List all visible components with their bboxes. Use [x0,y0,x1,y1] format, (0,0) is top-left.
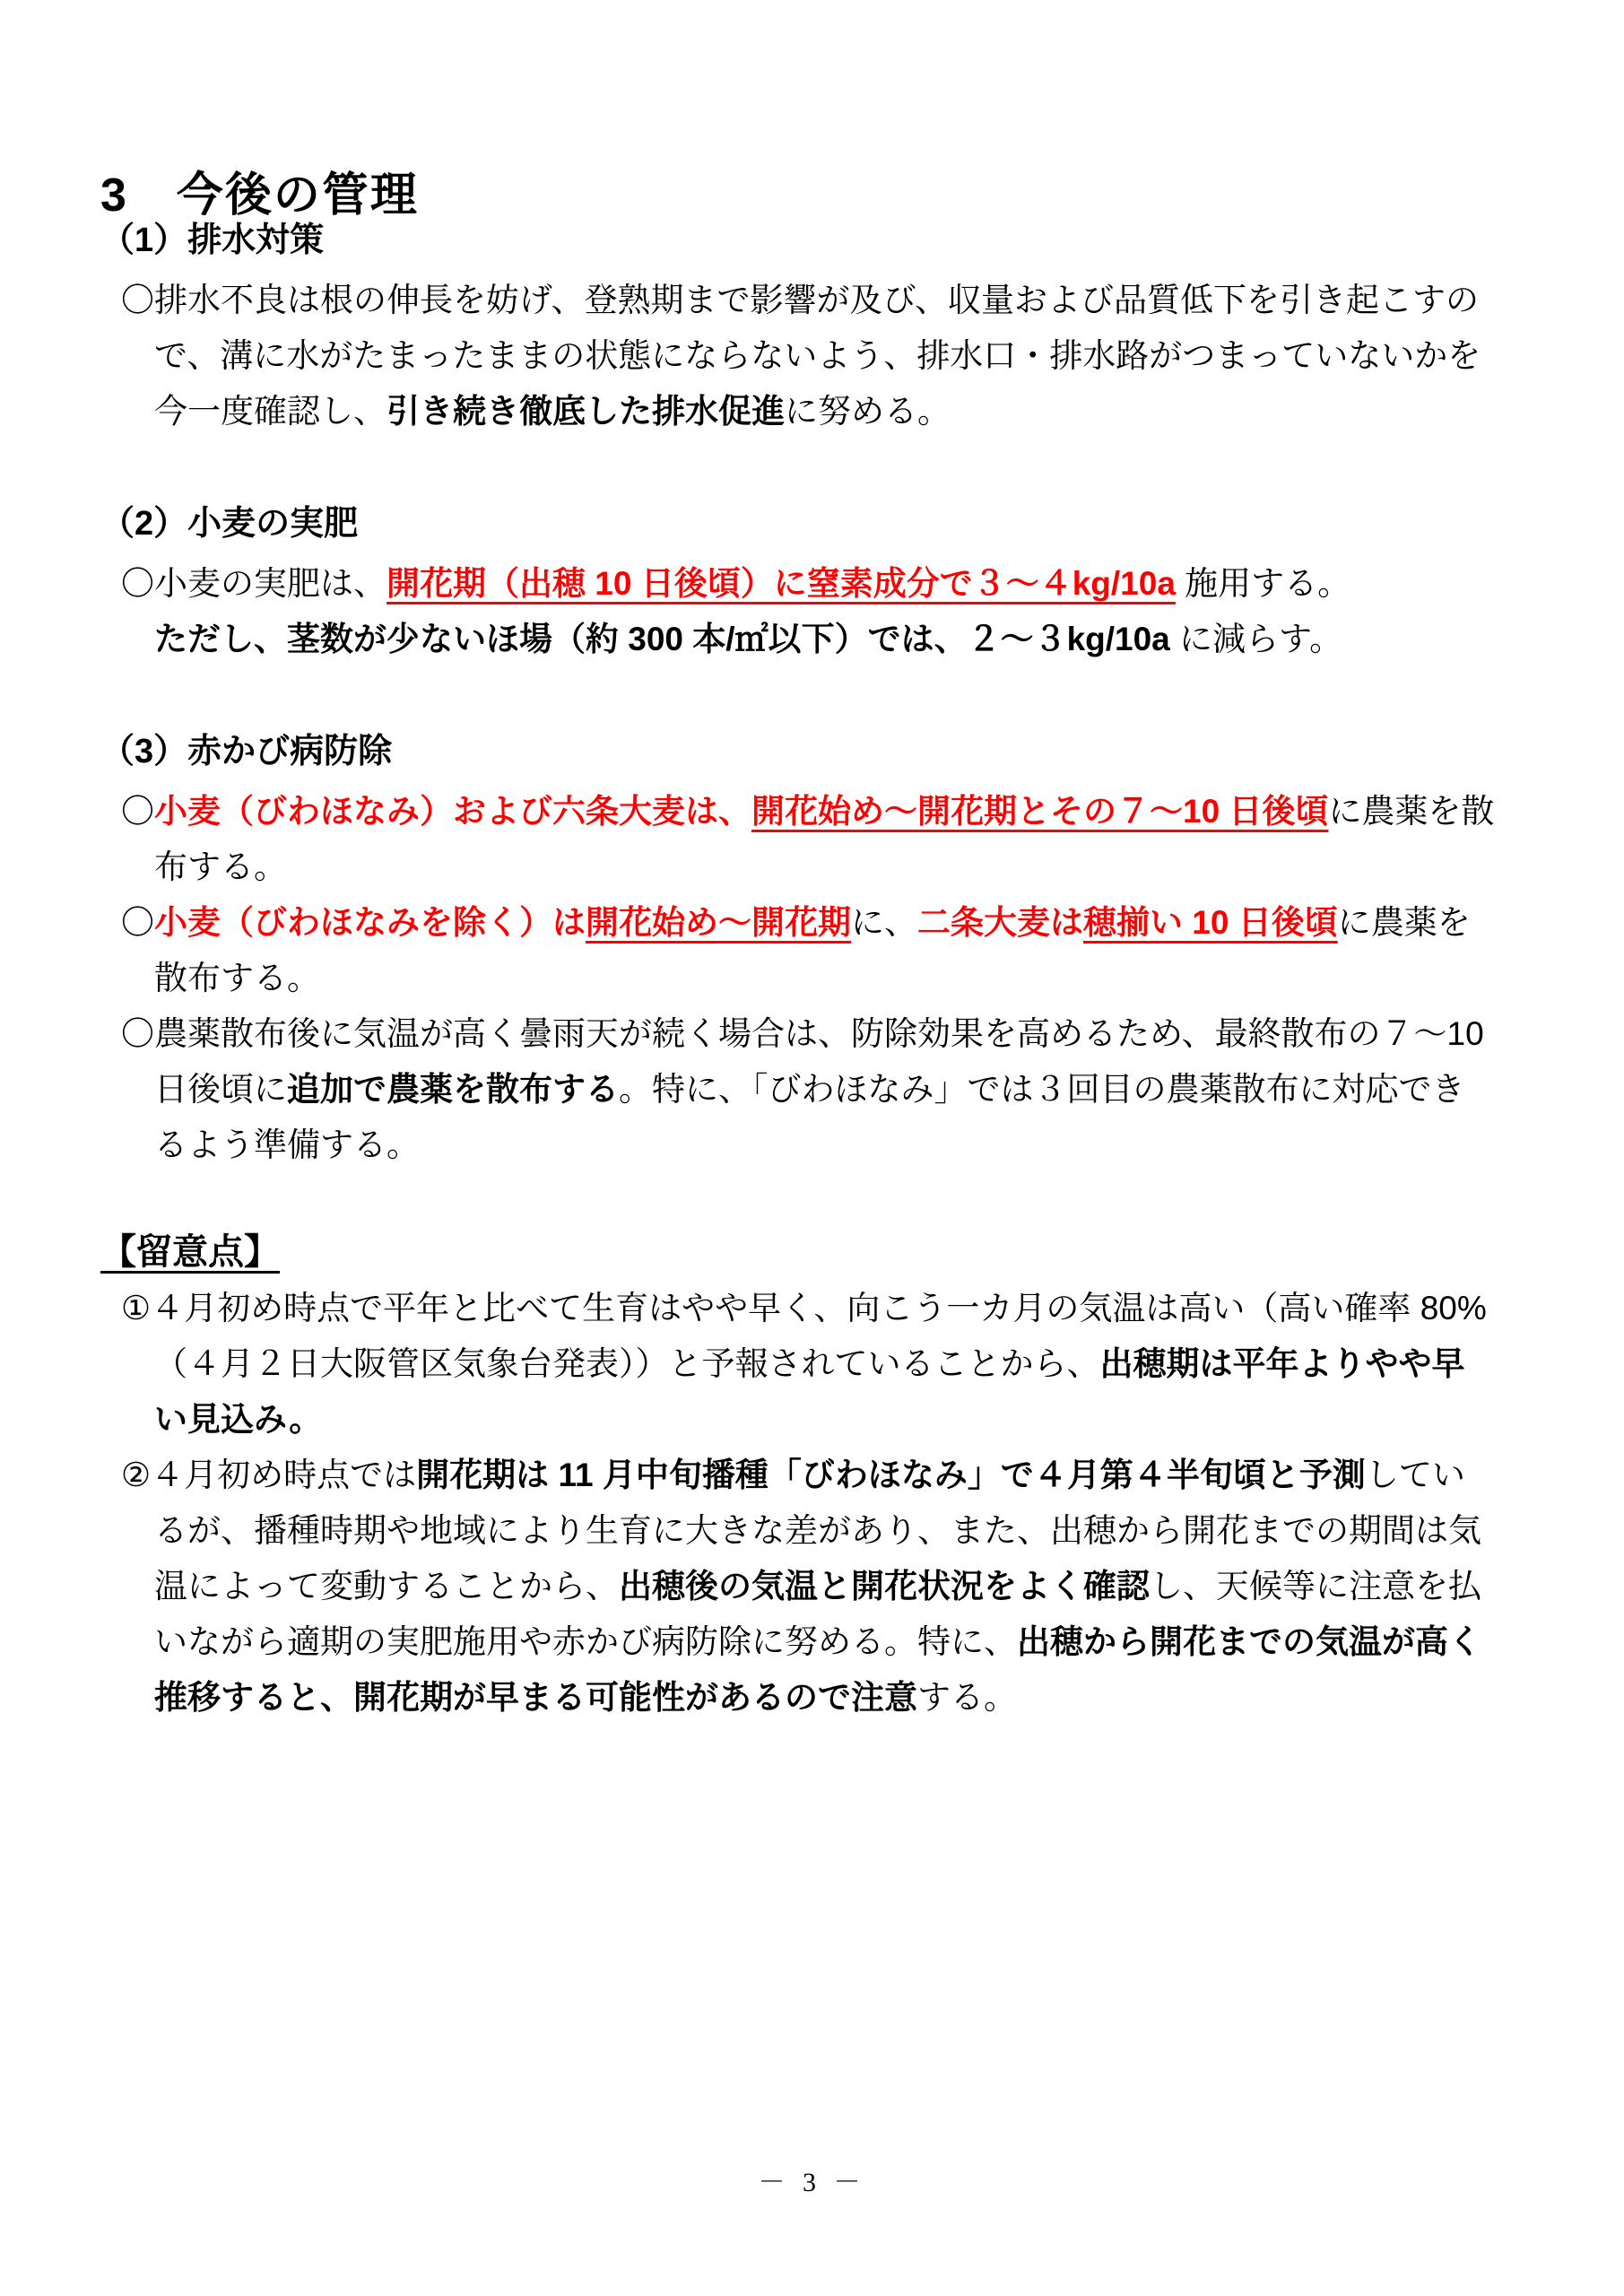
document-body: （1）排水対策〇排水不良は根の伸長を妨げ、登熟期まで影響が及び、収量および品質低… [99,221,1543,1726]
text-span: 出穂後の気温と開花状況をよく確認 [619,1568,1150,1605]
text-line: 推移すると、開花期が早まる可能性があるので注意する。 [154,1670,1543,1726]
document-page: 3 今後の管理 （1）排水対策〇排水不良は根の伸長を妨げ、登熟期まで影響が及び、… [0,0,1624,2296]
paragraph: ①４月初め時点で平年と比べて生育はやや早く、向こう一カ月の気温は高い（高い確率 … [99,1281,1543,1448]
text-line: で、溝に水がたまったままの状態にならないよう、排水口・排水路がつまっていないかを [154,328,1543,384]
text-span: 日後頃に [154,1071,287,1108]
text-span: いながら適期の実肥施用や赤かび病防除に努める。特に、 [154,1623,1017,1660]
text-span: 施用する。 [1176,565,1350,602]
text-line: 〇小麦（びわほなみ）および六条大麦は、開花始め～開花期とその７～10 日後頃に農… [121,784,1543,839]
text-line: ②４月初め時点では開花期は 11 月中旬播種「びわほなみ」で４月第４半旬頃と予測… [121,1448,1543,1503]
text-span: に減らす。 [1170,621,1342,657]
text-span: 小麦（びわほなみ）および六条大麦は、 [154,793,751,830]
text-span: 〇 [121,793,154,830]
text-span: 〇農薬散布後に気温が高く曇雨天が続く場合は、防除効果を高めるため、最終散布の７～… [121,1015,1484,1052]
text-span: に努める。 [785,393,951,430]
section-heading: （3）赤かび病防除 [100,732,1543,771]
text-line: ①４月初め時点で平年と比べて生育はやや早く、向こう一カ月の気温は高い（高い確率 … [121,1281,1543,1336]
text-line: （４月２日大阪管区気象台発表））と予報されていることから、出穂期は平年よりやや早 [154,1336,1543,1392]
text-span: 。特に、「びわほなみ」では３回目の農薬散布に対応でき [619,1071,1465,1108]
text-line: 〇小麦の実肥は、開花期（出穂 10 日後頃）に窒素成分で３～４kg/10a 施用… [121,556,1543,612]
text-span: い見込み。 [154,1401,322,1438]
text-span: 出穂から開花までの気温が高く [1017,1623,1481,1660]
text-span: 〇排水不良は根の伸長を妨げ、登熟期まで影響が及び、収量および品質低下を引き起こす… [121,282,1479,318]
text-span: 布する。 [154,848,287,885]
text-line: 〇小麦（びわほなみを除く）は開花始め～開花期に、二条大麦は穂揃い 10 日後頃に… [121,895,1543,951]
text-span: 推移すると、開花期が早まる可能性があるので注意 [154,1679,917,1716]
text-line: 〇排水不良は根の伸長を妨げ、登熟期まで影響が及び、収量および品質低下を引き起こす… [121,273,1543,328]
text-span: に、 [851,904,917,941]
text-span: し、天候等に注意を払 [1150,1568,1481,1605]
text-span: に農薬を [1338,904,1471,941]
text-line: るよう準備する。 [154,1118,1543,1173]
paragraph: 〇小麦（びわほなみ）および六条大麦は、開花始め～開花期とその７～10 日後頃に農… [99,784,1543,895]
text-line: 今一度確認し、引き続き徹底した排水促進に努める。 [154,384,1543,439]
text-span: 温によって変動することから、 [154,1568,619,1605]
text-span: 〇小麦の実肥は、 [121,565,386,602]
text-span: ただし、茎数が少ないほ場（約 300 本/㎡以下）では、２～３kg/10a [154,621,1170,657]
text-span: 出穂期は平年よりやや早 [1100,1345,1465,1382]
text-line: 〇農薬散布後に気温が高く曇雨天が続く場合は、防除効果を高めるため、最終散布の７～… [121,1006,1543,1062]
text-span: 小麦（びわほなみを除く）は [154,904,586,941]
text-line: 温によって変動することから、出穂後の気温と開花状況をよく確認し、天候等に注意を払 [154,1559,1543,1614]
text-span: 穂揃い 10 日後頃 [1083,904,1338,941]
text-span: 追加で農薬を散布する [287,1071,619,1108]
text-span: 開花期は 11 月中旬播種「びわほなみ」で４月第４半旬頃と予測 [416,1457,1366,1493]
page-number: － 3 － [0,2160,1624,2199]
text-span: 開花始め～開花期 [586,904,851,941]
text-span: 〇 [121,904,154,941]
section-heading: （2）小麦の実肥 [100,504,1543,544]
text-span: るが、播種時期や地域により生育に大きな差があり、また、出穂から開花までの期間は気 [154,1512,1481,1549]
page-title: 3 今後の管理 [100,170,1543,221]
text-line: 日後頃に追加で農薬を散布する。特に、「びわほなみ」では３回目の農薬散布に対応でき [154,1062,1543,1118]
text-line: い見込み。 [154,1392,1543,1448]
text-line: 散布する。 [154,951,1543,1006]
paragraph: 〇小麦の実肥は、開花期（出穂 10 日後頃）に窒素成分で３～４kg/10a 施用… [99,556,1543,667]
text-span: する。 [917,1679,1017,1716]
text-line: るが、播種時期や地域により生育に大きな差があり、また、出穂から開花までの期間は気 [154,1503,1543,1559]
document-content: 3 今後の管理 （1）排水対策〇排水不良は根の伸長を妨げ、登熟期まで影響が及び、… [0,170,1624,1726]
text-span: 開花期（出穂 10 日後頃）に窒素成分で３～４kg/10a [386,565,1176,602]
text-span: 二条大麦は [917,904,1083,941]
text-span: してい [1366,1457,1465,1493]
text-span: （４月２日大阪管区気象台発表））と予報されていることから、 [154,1345,1100,1382]
text-span: 開花始め～開花期とその７～10 日後頃 [751,793,1328,830]
paragraph: 〇小麦（びわほなみを除く）は開花始め～開花期に、二条大麦は穂揃い 10 日後頃に… [99,895,1543,1006]
text-span: 今一度確認し、 [154,393,386,430]
text-line: いながら適期の実肥施用や赤かび病防除に努める。特に、出穂から開花までの気温が高く [154,1614,1543,1670]
paragraph: 〇排水不良は根の伸長を妨げ、登熟期まで影響が及び、収量および品質低下を引き起こす… [99,273,1543,439]
note-heading: 【留意点】 [100,1231,1543,1274]
text-span: に農薬を散 [1328,793,1494,830]
text-span: 散布する。 [154,960,320,996]
text-span: で、溝に水がたまったままの状態にならないよう、排水口・排水路がつまっていないかを [154,337,1481,374]
text-span: ①４月初め時点で平年と比べて生育はやや早く、向こう一カ月の気温は高い（高い確率 … [121,1290,1487,1326]
paragraph: ②４月初め時点では開花期は 11 月中旬播種「びわほなみ」で４月第４半旬頃と予測… [99,1448,1543,1726]
text-span: 引き続き徹底した排水促進 [386,393,785,430]
text-line: 布する。 [154,839,1543,895]
text-span: るよう準備する。 [154,1126,420,1163]
paragraph: 〇農薬散布後に気温が高く曇雨天が続く場合は、防除効果を高めるため、最終散布の７～… [99,1006,1543,1173]
section-heading: （1）排水対策 [100,221,1543,260]
text-span: ②４月初め時点では [121,1457,416,1493]
text-line: ただし、茎数が少ないほ場（約 300 本/㎡以下）では、２～３kg/10a に減… [154,612,1543,667]
